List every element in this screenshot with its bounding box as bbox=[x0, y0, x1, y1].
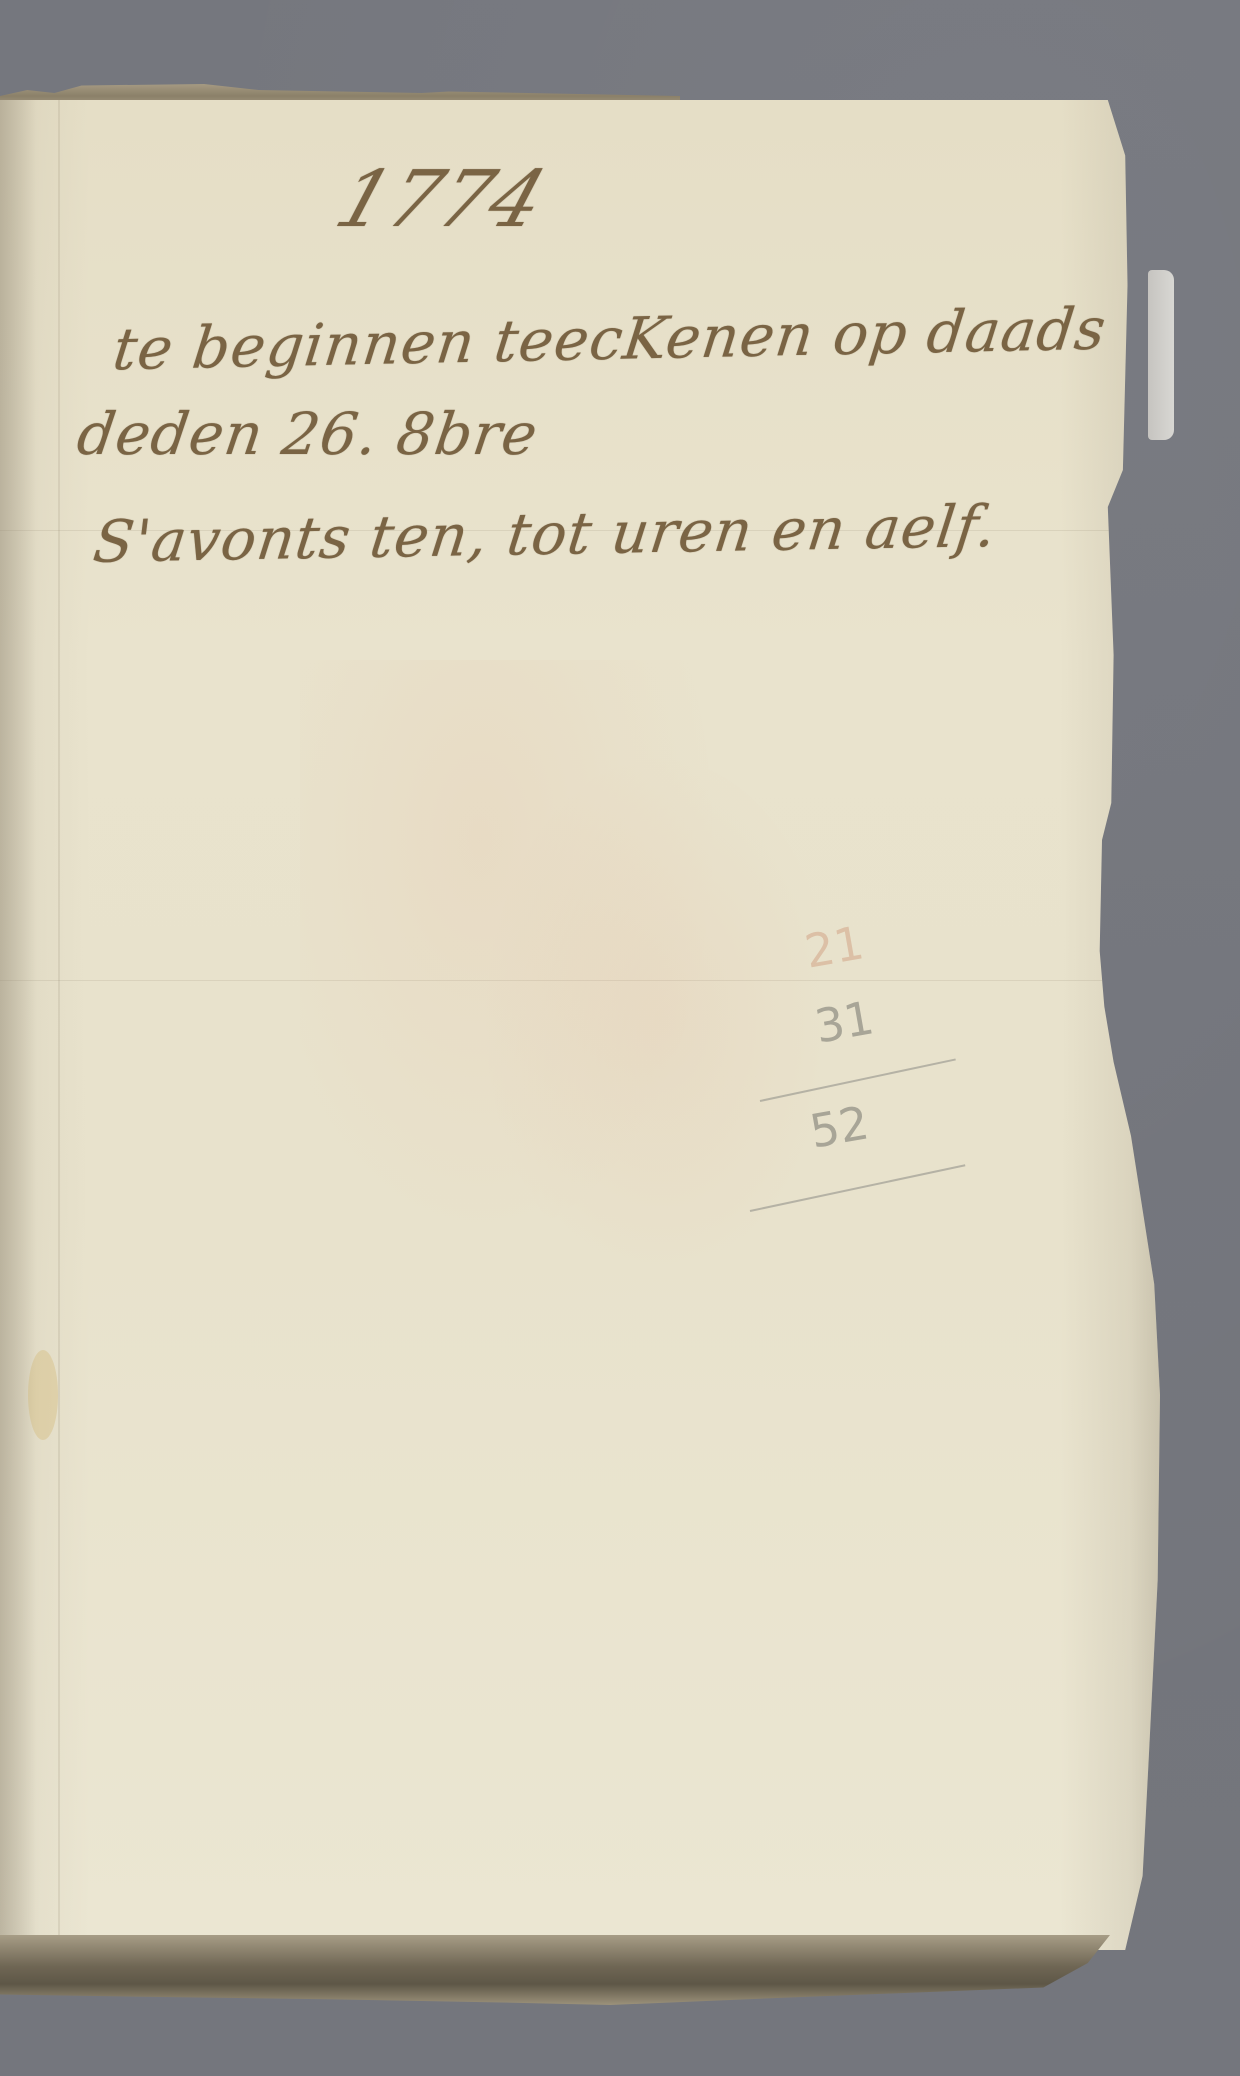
pencil-number-middle: 31 bbox=[811, 990, 878, 1053]
handwritten-line-3: S'avonts ten, tot uren en aelf. bbox=[90, 492, 1001, 576]
handwritten-line-2: deden 26. 8bre bbox=[73, 400, 542, 468]
protruding-paper-tab bbox=[1148, 270, 1174, 440]
pencil-number-bottom: 52 bbox=[806, 1095, 873, 1158]
binding-fold bbox=[58, 100, 60, 1950]
year-heading: 1774 bbox=[325, 155, 557, 245]
binding-shadow bbox=[0, 100, 36, 1950]
manuscript-page: 1774 te beginnen teecKenen op daads dede… bbox=[0, 100, 1160, 1950]
handwritten-line-1: te beginnen teecKenen op daads bbox=[110, 295, 1111, 384]
paper-stain bbox=[28, 1350, 58, 1440]
pencil-number-top: 21 bbox=[801, 915, 868, 978]
